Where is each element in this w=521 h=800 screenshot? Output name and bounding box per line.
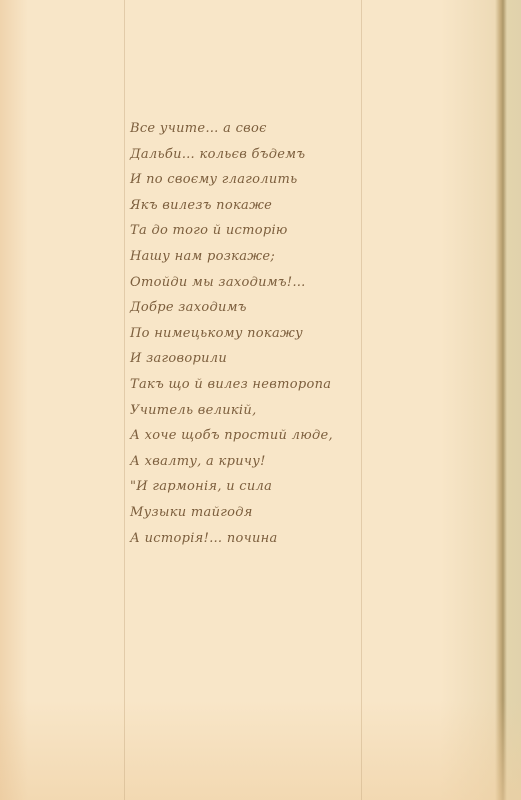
text-line: И заговорили bbox=[130, 346, 450, 372]
text-line: По нимецькому покажу bbox=[130, 321, 450, 347]
text-line: Все учите… а своє bbox=[130, 116, 450, 142]
text-line: Музыки тайгодя bbox=[130, 500, 450, 526]
text-line: "И гармонія, и сила bbox=[130, 474, 450, 500]
left-margin-rule bbox=[124, 0, 125, 800]
handwritten-text-block: Все учите… а своє Дальби… кольєв бъдемъ … bbox=[130, 116, 450, 551]
text-line: Учитель великій, bbox=[130, 398, 450, 424]
text-line: А хвалту, а кричу! bbox=[130, 449, 450, 475]
text-line: А хоче щобъ простий люде, bbox=[130, 423, 450, 449]
text-line: Якъ вилезъ покаже bbox=[130, 193, 450, 219]
text-line: Та до того й исторію bbox=[130, 218, 450, 244]
text-line: Отойди мы заходимъ!… bbox=[130, 270, 450, 296]
manuscript-page: Все учите… а своє Дальби… кольєв бъдемъ … bbox=[0, 0, 521, 800]
text-line: И по своєму глаголить bbox=[130, 167, 450, 193]
text-line: А исторія!… почина bbox=[130, 526, 450, 552]
text-line: Нашу нам розкаже; bbox=[130, 244, 450, 270]
text-line: Добре заходимъ bbox=[130, 295, 450, 321]
text-line: Дальби… кольєв бъдемъ bbox=[130, 142, 450, 168]
text-line: Такъ що й вилез невторопа bbox=[130, 372, 450, 398]
